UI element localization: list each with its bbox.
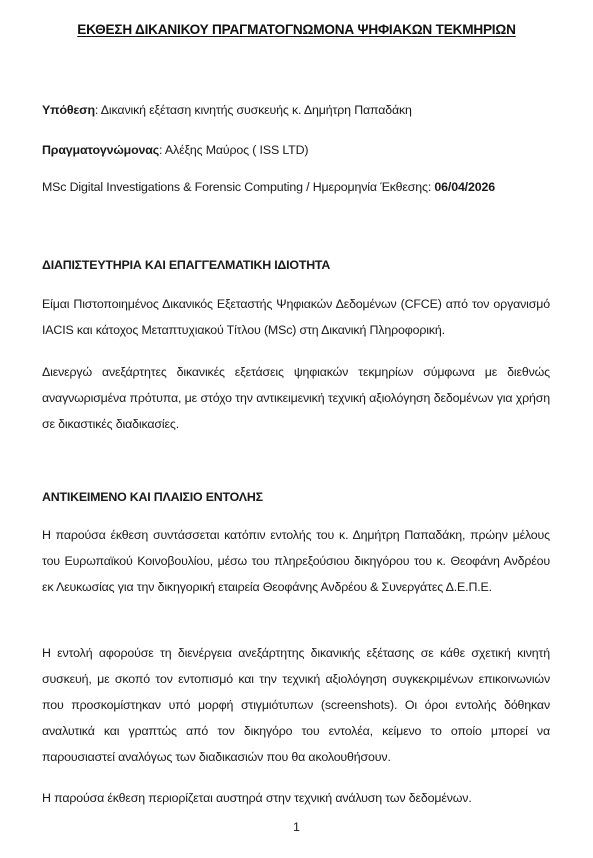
- report-date: 06/04/2026: [434, 180, 495, 194]
- paragraph: Διενεργώ ανεξάρτητες δικανικές εξετάσεις…: [42, 359, 550, 437]
- paragraph: Η παρούσα έκθεση περιορίζεται αυστηρά στ…: [42, 785, 550, 811]
- section-credentials-para-2: Διενεργώ ανεξάρτητες δικανικές εξετάσεις…: [42, 359, 550, 437]
- paragraph: Η παρούσα έκθεση συντάσσεται κατόπιν εντ…: [42, 522, 550, 600]
- case-value: : Δικανική εξέταση κινητής συσκευής κ. Δ…: [95, 103, 412, 117]
- expert-line: Πραγματογνώμονας: Αλέξης Μαύρος ( ISS LT…: [42, 142, 550, 158]
- section-credentials-heading: ΔΙΑΠΙΣΤΕΥΤΗΡΙΑ ΚΑΙ ΕΠΑΓΓΕΛΜΑΤΙΚΗ ΙΔΙΟΤΗΤ…: [42, 257, 550, 273]
- program-date-line: MSc Digital Investigations & Forensic Co…: [42, 179, 550, 195]
- expert-value: : Αλέξης Μαύρος ( ISS LTD): [159, 143, 308, 157]
- section-credentials-para-1: Είμαι Πιστοποιημένος Δικανικός Εξεταστής…: [42, 291, 550, 343]
- section-mandate-para-3: Η παρούσα έκθεση περιορίζεται αυστηρά στ…: [42, 785, 550, 811]
- case-line: Υπόθεση: Δικανική εξέταση κινητής συσκευ…: [42, 102, 550, 118]
- case-label: Υπόθεση: [42, 103, 95, 117]
- paragraph: Είμαι Πιστοποιημένος Δικανικός Εξεταστής…: [42, 291, 550, 343]
- document-title: ΕΚΘΕΣΗ ΔΙΚΑΝΙΚΟΥ ΠΡΑΓΜΑΤΟΓΝΩΜΟΝΑ ΨΗΦΙΑΚΩ…: [0, 22, 593, 37]
- program-text: MSc Digital Investigations & Forensic Co…: [42, 180, 434, 194]
- expert-label: Πραγματογνώμονας: [42, 143, 159, 157]
- document-page: ΕΚΘΕΣΗ ΔΙΚΑΝΙΚΟΥ ΠΡΑΓΜΑΤΟΓΝΩΜΟΝΑ ΨΗΦΙΑΚΩ…: [0, 0, 593, 858]
- section-mandate-heading: ΑΝΤΙΚΕΙΜΕΝΟ ΚΑΙ ΠΛΑΙΣΙΟ ΕΝΤΟΛΗΣ: [42, 489, 550, 505]
- paragraph: Η εντολή αφορούσε τη διενέργεια ανεξάρτη…: [42, 640, 550, 770]
- section-mandate-para-2: Η εντολή αφορούσε τη διενέργεια ανεξάρτη…: [42, 640, 550, 770]
- section-mandate-para-1: Η παρούσα έκθεση συντάσσεται κατόπιν εντ…: [42, 522, 550, 600]
- page-number: 1: [0, 820, 593, 834]
- section-heading: ΔΙΑΠΙΣΤΕΥΤΗΡΙΑ ΚΑΙ ΕΠΑΓΓΕΛΜΑΤΙΚΗ ΙΔΙΟΤΗΤ…: [42, 257, 550, 273]
- section-heading: ΑΝΤΙΚΕΙΜΕΝΟ ΚΑΙ ΠΛΑΙΣΙΟ ΕΝΤΟΛΗΣ: [42, 489, 550, 505]
